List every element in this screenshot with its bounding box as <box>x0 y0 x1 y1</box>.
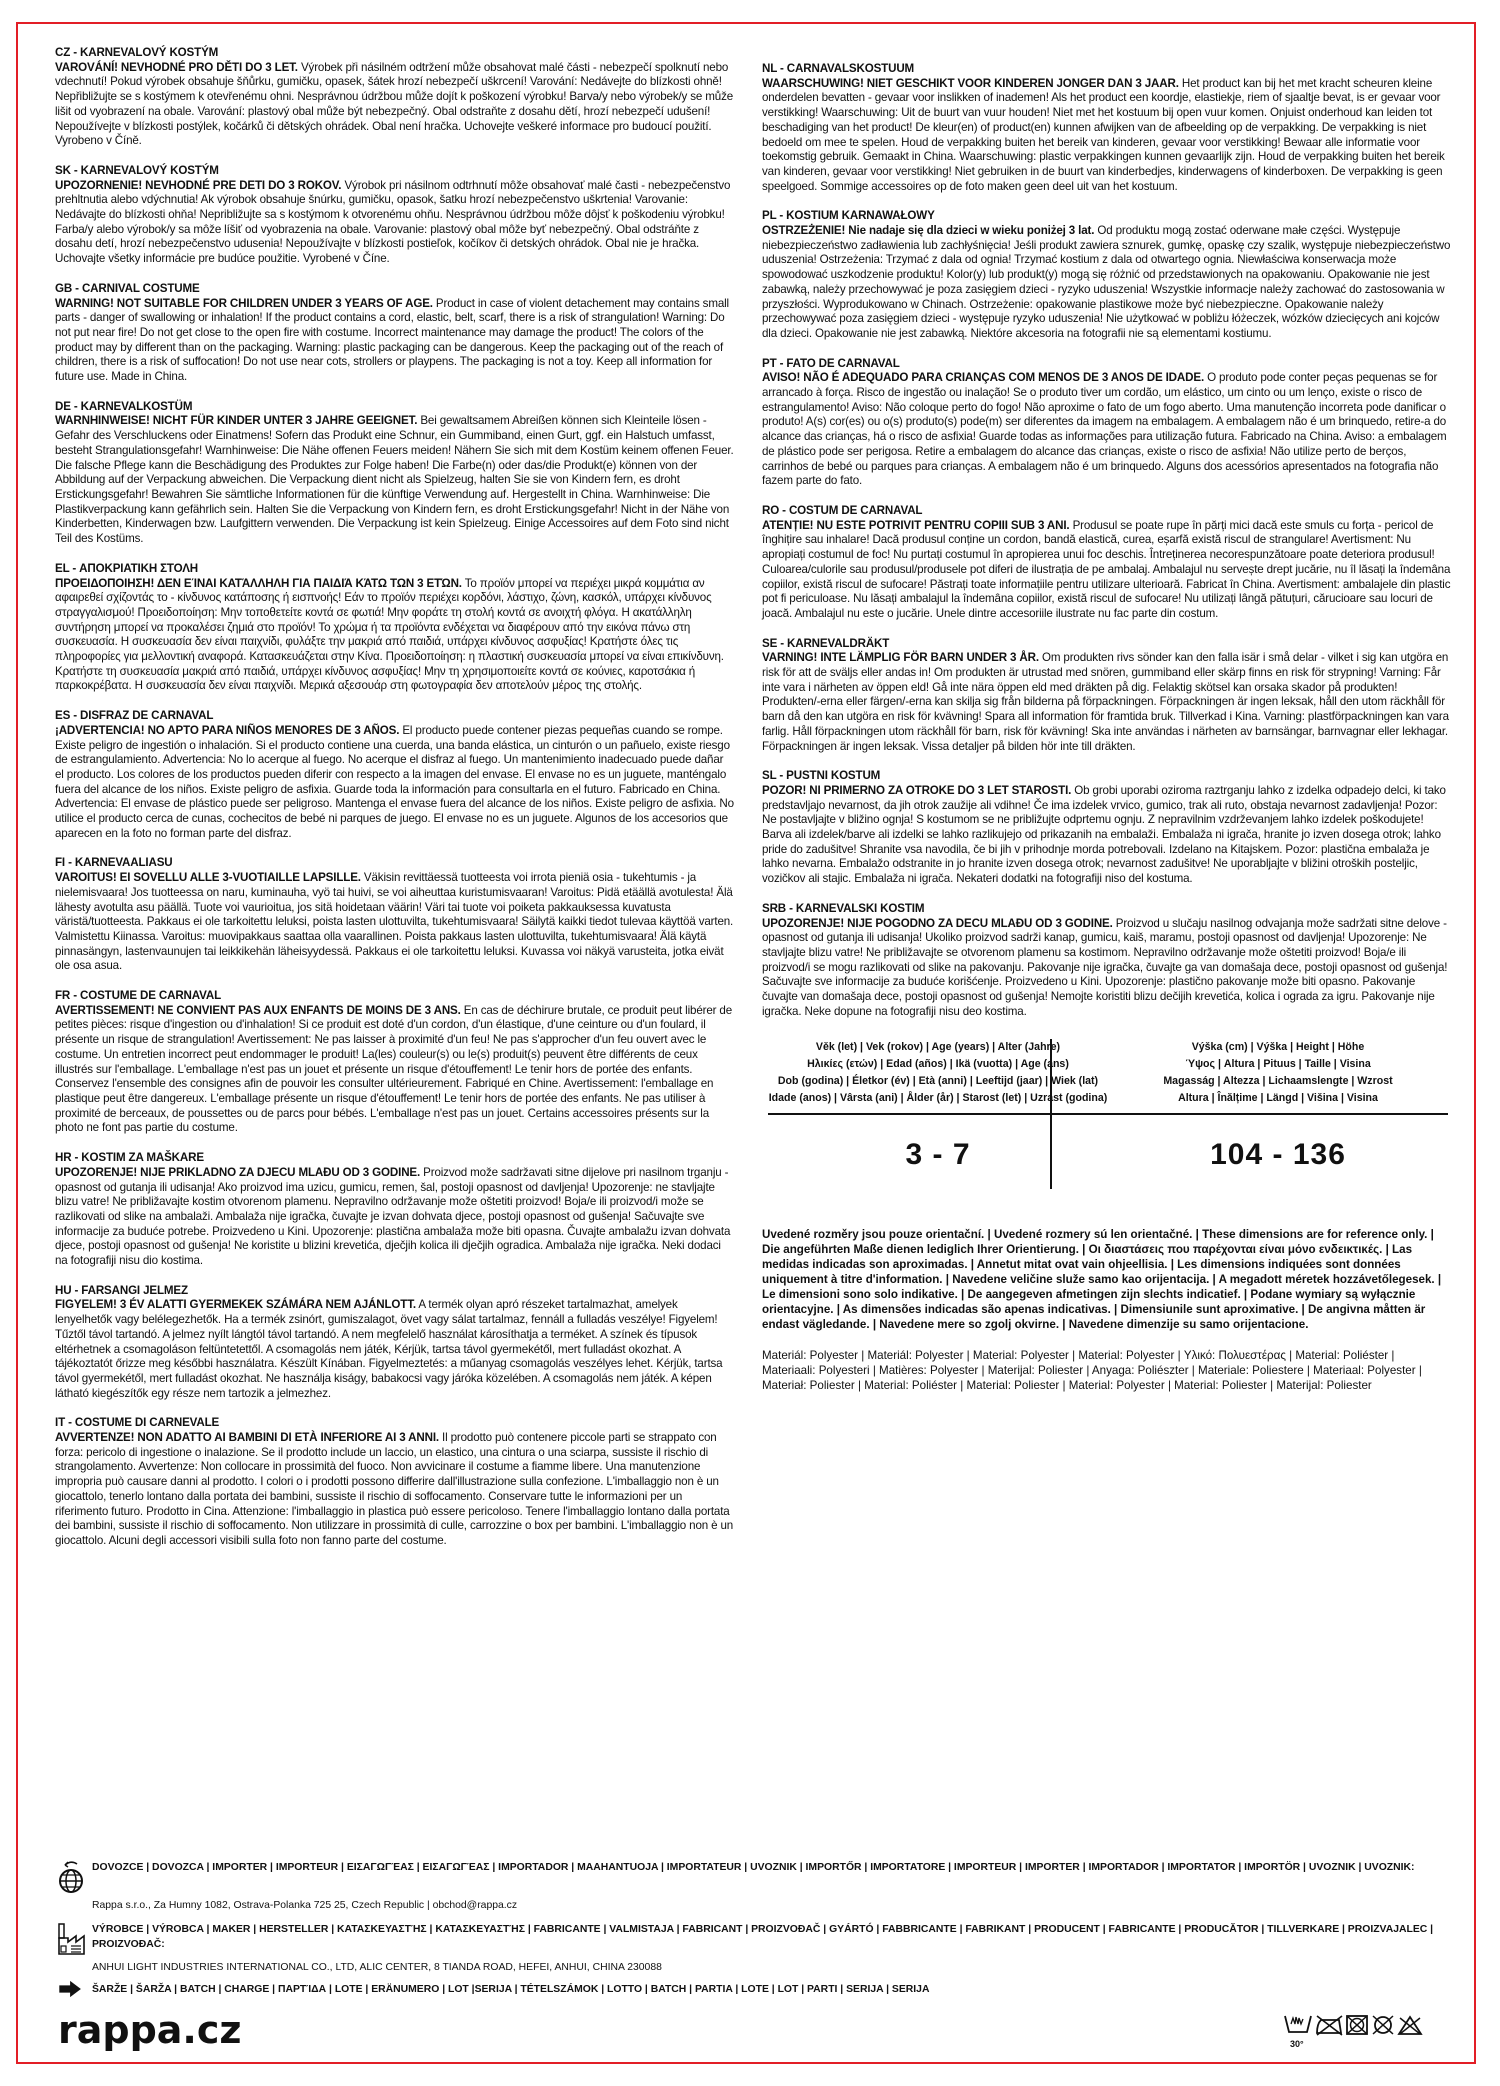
warning-text: UPOZORENJE! NIJE POGODNO ZA DECU MLAĐU O… <box>762 917 1113 930</box>
warning-text: FIGYELEM! 3 ÉV ALATTI GYERMEKEK SZÁMÁRA … <box>55 1298 416 1311</box>
section-title: PL - KOSTIUM KARNAWAŁOWY <box>762 209 1452 224</box>
section-body: Το προϊόν μπορεί να περιέχει μικρά κομμά… <box>55 577 724 693</box>
warning-text: AVISO! NÃO É ADEQUADO PARA CRIANÇAS COM … <box>762 371 1204 384</box>
importer-labels: DOVOZCE | DOVOZCA | IMPORTER | IMPORTEUR… <box>92 1860 1415 1875</box>
size-table-values: 3 - 7 104 - 136 <box>768 1115 1448 1207</box>
importer-address: Rappa s.r.o., Za Humny 1082, Ostrava-Pol… <box>92 1900 1456 1911</box>
size-table-vertical-divider <box>1050 1039 1052 1189</box>
section-hu: HU - FARSANGI JELMEZ FIGYELEM! 3 ÉV ALAT… <box>55 1284 735 1402</box>
section-title: RO - COSTUM DE CARNAVAL <box>762 504 1452 519</box>
left-column: CZ - KARNEVALOVÝ KOSTÝM VAROVÁNÍ! NEVHOD… <box>55 46 735 1564</box>
do-not-bleach-icon <box>1397 2014 1423 2036</box>
section-body: Proizvod u slučaju nasilnog odvajanja mo… <box>762 917 1447 1018</box>
importer-block: DOVOZCE | DOVOZCA | IMPORTER | IMPORTEUR… <box>56 1860 1456 1911</box>
section-title: SK - KARNEVALOVÝ KOSTÝM <box>55 164 735 179</box>
section-sl: SL - PUSTNI KOSTUM POZOR! NI PRIMERNO ZA… <box>762 769 1452 887</box>
section-pt: PT - FATO DE CARNAVAL AVISO! NÃO É ADEQU… <box>762 357 1452 489</box>
do-not-iron-icon <box>1315 2014 1343 2036</box>
warning-text: WARNING! NOT SUITABLE FOR CHILDREN UNDER… <box>55 297 433 310</box>
section-srb: SRB - KARNEVALSKI KOSTIM UPOZORENJE! NIJ… <box>762 902 1452 1020</box>
section-title: HR - KOSTIM ZA MAŠKARE <box>55 1151 735 1166</box>
section-de: DE - KARNEVALKOSTÜM WARNHINWEISE! NICHT … <box>55 400 735 547</box>
warning-text: VAROITUS! EI SOVELLU ALLE 3-VUOTIAILLE L… <box>55 871 361 884</box>
section-body: Väkisin revittäessä tuotteesta voi irrot… <box>55 871 733 972</box>
section-ro: RO - COSTUM DE CARNAVAL ATENȚIE! NU ESTE… <box>762 504 1452 622</box>
height-value: 104 - 136 <box>1108 1115 1448 1207</box>
section-title: IT - COSTUME DI CARNEVALE <box>55 1416 735 1431</box>
dimension-note: Uvedené rozměry jsou pouze orientační. |… <box>762 1227 1442 1332</box>
warning-text: ΠΡΟΕΙΔΟΠΟΙΗΣΗ! ΔΕΝ ΕΊΝΑΙ ΚΑΤΆΛΛΗΛΗ ΓΙΑ Π… <box>55 577 462 590</box>
section-title: PT - FATO DE CARNAVAL <box>762 357 1452 372</box>
section-title: FI - KARNEVAALIASU <box>55 856 735 871</box>
section-title: HU - FARSANGI JELMEZ <box>55 1284 735 1299</box>
section-body: Proizvod može sadržavati sitne dijelove … <box>55 1166 730 1267</box>
section-body: Bei gewaltsamem Abreißen können sich Kle… <box>55 414 734 545</box>
warning-text: VARNING! INTE LÄMPLIG FÖR BARN UNDER 3 Å… <box>762 651 1039 664</box>
section-title: DE - KARNEVALKOSTÜM <box>55 400 735 415</box>
wash-temperature: 30° <box>1290 2039 1304 2049</box>
section-title: CZ - KARNEVALOVÝ KOSTÝM <box>55 46 735 61</box>
factory-icon <box>56 1922 86 1956</box>
section-pl: PL - KOSTIUM KARNAWAŁOWY OSTRZEŻENIE! Ni… <box>762 209 1452 341</box>
section-fr: FR - COSTUME DE CARNAVAL AVERTISSEMENT! … <box>55 989 735 1136</box>
section-hr: HR - KOSTIM ZA MAŠKARE UPOZORENJE! NIJE … <box>55 1151 735 1269</box>
section-title: FR - COSTUME DE CARNAVAL <box>55 989 735 1004</box>
section-title: NL - CARNAVALSKOSTUUM <box>762 62 1452 77</box>
section-body: O produto pode conter peças pequenas se … <box>762 371 1447 487</box>
section-el: EL - ΑΠΟΚΡΙΑΤΙΚΗ ΣΤΟΛΗ ΠΡΟΕΙΔΟΠΟΙΗΣΗ! ΔΕ… <box>55 562 735 694</box>
batch-block: ŠARŽE | ŠARŽA | BATCH | CHARGE | ΠΑΡΤΊΔΑ… <box>56 1980 1456 1998</box>
batch-labels: ŠARŽE | ŠARŽA | BATCH | CHARGE | ΠΑΡΤΊΔΑ… <box>92 1982 929 1997</box>
section-sk: SK - KARNEVALOVÝ KOSTÝM UPOZORNENIE! NEV… <box>55 164 735 267</box>
warning-text: POZOR! NI PRIMERNO ZA OTROKE DO 3 LET ST… <box>762 784 1071 797</box>
section-title: GB - CARNIVAL COSTUME <box>55 282 735 297</box>
hand-wash-30-icon <box>1283 2012 1313 2036</box>
section-title: ES - DISFRAZ DE CARNAVAL <box>55 709 735 724</box>
materials-list: Materiál: Polyester | Materiál: Polyeste… <box>762 1348 1442 1393</box>
section-nl: NL - CARNAVALSKOSTUUM WAARSCHUWING! NIET… <box>762 62 1452 194</box>
warning-text: VAROVÁNÍ! NEVHODNÉ PRO DĚTI DO 3 LET. <box>55 61 298 74</box>
age-value: 3 - 7 <box>768 1115 1108 1207</box>
warning-text: AVERTISSEMENT! NE CONVIENT PAS AUX ENFAN… <box>55 1004 461 1017</box>
section-gb: GB - CARNIVAL COSTUME WARNING! NOT SUITA… <box>55 282 735 385</box>
height-header: Výška (cm) | Výška | Height | Höhe Ύψος … <box>1108 1039 1448 1113</box>
do-not-dry-clean-icon <box>1371 2014 1395 2036</box>
care-symbols <box>1283 2012 1423 2036</box>
section-cz: CZ - KARNEVALOVÝ KOSTÝM VAROVÁNÍ! NEVHOD… <box>55 46 735 149</box>
section-it: IT - COSTUME DI CARNEVALE AVVERTENZE! NO… <box>55 1416 735 1548</box>
maker-address: ANHUI LIGHT INDUSTRIES INTERNATIONAL CO.… <box>92 1962 1456 1973</box>
section-fi: FI - KARNEVAALIASU VAROITUS! EI SOVELLU … <box>55 856 735 974</box>
rappa-logo: rappa.cz <box>58 2008 242 2052</box>
section-body: Het product kan bij het met kracht scheu… <box>762 77 1445 193</box>
arrow-right-icon <box>56 1980 86 1998</box>
section-title: SE - KARNEVALDRÄKT <box>762 637 1452 652</box>
warning-text: UPOZORNENIE! NEVHODNÉ PRE DETI DO 3 ROKO… <box>55 179 341 192</box>
warning-text: WARNHINWEISE! NICHT FÜR KINDER UNTER 3 J… <box>55 414 417 427</box>
warning-text: ¡ADVERTENCIA! NO APTO PARA NIÑOS MENORES… <box>55 724 399 737</box>
section-body: El producto puede contener piezas pequeñ… <box>55 724 734 840</box>
right-column: NL - CARNAVALSKOSTUUM WAARSCHUWING! NIET… <box>762 62 1452 1393</box>
section-body: A termék olyan apró részeket tartalmazha… <box>55 1298 722 1399</box>
warning-text: WAARSCHUWING! NIET GESCHIKT VOOR KINDERE… <box>762 77 1179 90</box>
section-body: Ob grobi uporabi oziroma raztrganju lahk… <box>762 784 1446 885</box>
section-title: EL - ΑΠΟΚΡΙΑΤΙΚΗ ΣΤΟΛΗ <box>55 562 735 577</box>
section-title: SRB - KARNEVALSKI KOSTIM <box>762 902 1452 917</box>
section-body: Om produkten rivs sönder kan den falla i… <box>762 651 1449 752</box>
warning-text: OSTRZEŻENIE! Nie nadaje się dla dzieci w… <box>762 224 1094 237</box>
warning-text: UPOZORENJE! NIJE PRIKLADNO ZA DJECU MLAĐ… <box>55 1166 420 1179</box>
section-body: Od produktu mogą zostać oderwane małe cz… <box>762 224 1450 340</box>
section-es: ES - DISFRAZ DE CARNAVAL ¡ADVERTENCIA! N… <box>55 709 735 841</box>
section-body: Produsul se poate rupe în părți mici dac… <box>762 519 1450 620</box>
section-title: SL - PUSTNI KOSTUM <box>762 769 1452 784</box>
globe-import-icon <box>56 1860 86 1894</box>
section-body: Il prodotto può contenere piccole parti … <box>55 1431 733 1547</box>
section-se: SE - KARNEVALDRÄKT VARNING! INTE LÄMPLIG… <box>762 637 1452 755</box>
do-not-tumble-dry-icon <box>1345 2014 1369 2036</box>
warning-text: AVVERTENZE! NON ADATTO AI BAMBINI DI ETÀ… <box>55 1431 439 1444</box>
size-table: Věk (let) | Vek (rokov) | Age (years) | … <box>768 1039 1448 1207</box>
maker-block: VÝROBCE | VÝROBCA | MAKER | HERSTELLER |… <box>56 1922 1456 1973</box>
section-body: En cas de déchirure brutale, ce produit … <box>55 1004 732 1135</box>
warning-text: ATENȚIE! NU ESTE POTRIVIT PENTRU COPIII … <box>762 519 1070 532</box>
age-header: Věk (let) | Vek (rokov) | Age (years) | … <box>768 1039 1108 1113</box>
size-table-header: Věk (let) | Vek (rokov) | Age (years) | … <box>768 1039 1448 1113</box>
maker-labels: VÝROBCE | VÝROBCA | MAKER | HERSTELLER |… <box>92 1922 1456 1952</box>
